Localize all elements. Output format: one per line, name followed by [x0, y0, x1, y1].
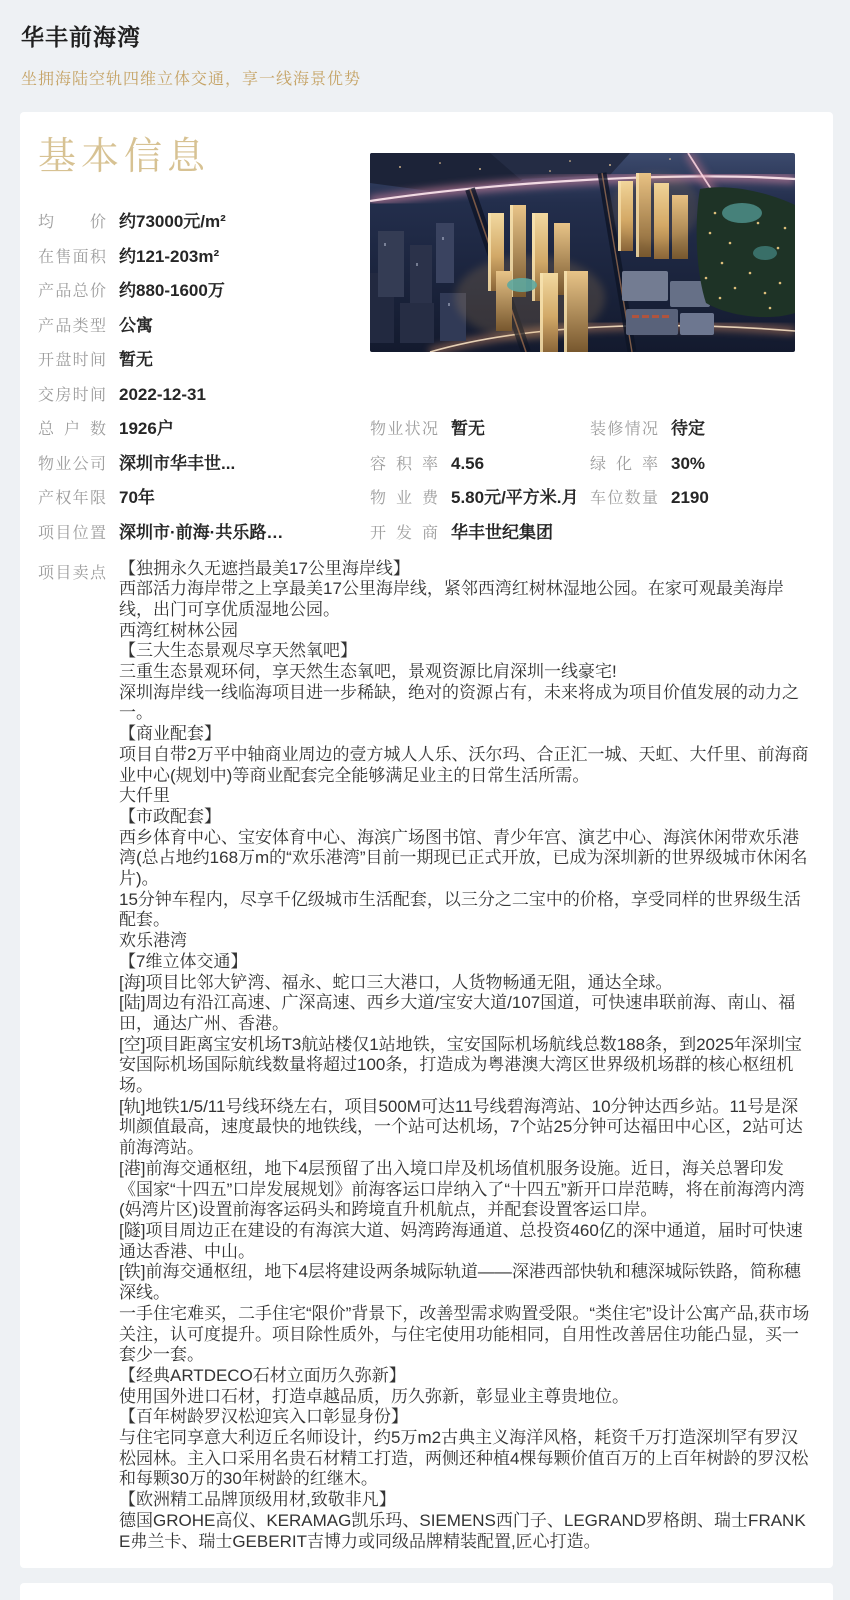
field-row: 产权年限 70年: [38, 487, 155, 510]
grid-cell: 车位数量 2190: [590, 487, 815, 510]
selling-point-paragraph: [港]前海交通枢纽，地下4层预留了出入境口岸及机场值机服务设施。近日，海关总署印…: [119, 1159, 815, 1221]
field-value: 2190: [671, 487, 709, 509]
next-section-card: [20, 1583, 833, 1600]
field-value: 待定: [671, 418, 705, 440]
field-label: 产品类型: [38, 316, 106, 338]
field-row: 物业状况 暂无: [370, 418, 485, 441]
field-row: 开发商 华丰世纪集团: [370, 522, 553, 545]
selling-point-paragraph: [隧]项目周边正在建设的有海滨大道、妈湾跨海通道、总投资460亿的深中通道，届时…: [119, 1221, 815, 1262]
field-row: 交房时间 2022-12-31: [38, 384, 368, 407]
selling-point-paragraph: 【欧洲精工品牌顶级用材,致敬非凡】: [119, 1490, 815, 1511]
selling-point-paragraph: [空]项目距离宝安机场T3航站楼仅1站地铁，宝安国际机场航线总数188条，到20…: [119, 1035, 815, 1097]
selling-point-paragraph: 【经典ARTDECO石材立面历久弥新】: [119, 1366, 815, 1387]
field-value: 1926户: [119, 418, 174, 440]
selling-point-paragraph: 与住宅同享意大利迈丘名师设计，约5万m2古典主义海洋风格，耗资千万打造深圳罕有罗…: [119, 1428, 815, 1490]
field-row: 容积率 4.56: [370, 453, 484, 476]
field-label: 产品总价: [38, 281, 106, 303]
selling-point-paragraph: 【独拥永久无遮挡最美17公里海岸线】: [119, 559, 815, 580]
selling-point-paragraph: 大仟里: [119, 786, 815, 807]
selling-point-paragraph: 西湾红树林公园: [119, 621, 815, 642]
selling-point-paragraph: 欢乐港湾: [119, 931, 815, 952]
grid-row: 产权年限 70年 物业费 5.80元/平方米.月 车位数量 2190: [38, 487, 815, 510]
field-row: 均价 约73000元/m²: [38, 211, 368, 234]
selling-point-paragraph: [铁]前海交通枢纽，地下4层将建设两条城际轨道——深港西部快轨和穗深城际铁路，简…: [119, 1262, 815, 1303]
grid-row: 物业公司 深圳市华丰世... 容积率 4.56 绿化率 30%: [38, 453, 815, 476]
field-value: 深圳市华丰世...: [119, 453, 235, 475]
field-value: 约73000元/m²: [119, 211, 226, 233]
selling-point-paragraph: 【7维立体交通】: [119, 952, 815, 973]
grid-cell: 总户数 1926户: [38, 418, 370, 441]
field-label: 产权年限: [38, 488, 106, 510]
field-row: 项目位置 深圳市·前海·共乐路…: [38, 522, 283, 545]
field-value: 深圳市·前海·共乐路…: [119, 522, 283, 544]
grid-cell: 容积率 4.56: [370, 453, 590, 476]
property-night-render-graphic: [370, 153, 795, 352]
field-row: 总户数 1926户: [38, 418, 174, 441]
field-value: 70年: [119, 487, 155, 509]
field-label: 开发商: [370, 523, 438, 545]
grid-cell: 产权年限 70年: [38, 487, 370, 510]
selling-point-paragraph: 一手住宅难买，二手住宅“限价”背景下，改善型需求购置受限。“类住宅”设计公寓产品…: [119, 1304, 815, 1366]
page-header: 华丰前海湾 坐拥海陆空轨四维立体交通，享一线海景优势: [21, 24, 821, 90]
grid-cell: 绿化率 30%: [590, 453, 815, 476]
field-row: 物业公司 深圳市华丰世...: [38, 453, 235, 476]
selling-point-paragraph: [陆]周边有沿江高速、广深高速、西乡大道/宝安大道/107国道，可快速串联前海、…: [119, 993, 815, 1034]
grid-cell: [590, 522, 815, 545]
field-label: 物业费: [370, 488, 438, 510]
field-label: 在售面积: [38, 247, 106, 269]
field-value: 5.80元/平方米.月: [451, 487, 579, 509]
selling-point-paragraph: [轨]地铁1/5/11号线环绕左右，项目500M可达11号线碧海湾站、10分钟达…: [119, 1097, 815, 1159]
field-row: 物业费 5.80元/平方米.月: [370, 487, 579, 510]
grid-cell: 物业公司 深圳市华丰世...: [38, 453, 370, 476]
field-value: 暂无: [119, 349, 153, 371]
field-label: 均价: [38, 212, 106, 234]
field-label: 车位数量: [590, 488, 658, 510]
selling-point-paragraph: 【百年树龄罗汉松迎宾入口彰显身份】: [119, 1407, 815, 1428]
selling-point-paragraph: [海]项目比邻大铲湾、福永、蛇口三大港口，人货物畅通无阻，通达全球。: [119, 973, 815, 994]
grid-cell: 项目位置 深圳市·前海·共乐路…: [38, 522, 370, 545]
grid-cell: 装修情况 待定: [590, 418, 815, 441]
field-value: 暂无: [451, 418, 485, 440]
field-value: 华丰世纪集团: [451, 522, 553, 544]
field-value: 约121-203m²: [119, 246, 219, 268]
selling-point-paragraph: 三重生态景观环伺，享天然生态氧吧，景观资源比肩深圳一线豪宅!: [119, 662, 815, 683]
field-label: 项目位置: [38, 523, 106, 545]
selling-point-paragraph: 15分钟车程内，尽享千亿级城市生活配套，以三分之二宝中的价格，享受同样的世界级生…: [119, 890, 815, 931]
grid-row: 项目位置 深圳市·前海·共乐路… 开发商 华丰世纪集团: [38, 522, 815, 545]
field-label: 物业状况: [370, 419, 438, 441]
field-value: 30%: [671, 453, 705, 475]
selling-point-paragraph: 西乡体育中心、宝安体育中心、海滨广场图书馆、青少年宫、演艺中心、海滨休闲带欢乐港…: [119, 828, 815, 890]
grid-cell: 物业费 5.80元/平方米.月: [370, 487, 590, 510]
selling-points-row: 项目卖点 【独拥永久无遮挡最美17公里海岸线】西部活力海岸带之上享最美17公里海…: [38, 559, 815, 1553]
field-label: 总户数: [38, 419, 106, 441]
field-row: 车位数量 2190: [590, 487, 709, 510]
field-label: 交房时间: [38, 385, 106, 407]
selling-point-paragraph: 深圳海岸线一线临海项目进一步稀缺，绝对的资源占有，未来将成为项目价值发展的动力之…: [119, 683, 815, 724]
field-value: 公寓: [119, 315, 153, 337]
selling-point-paragraph: 项目自带2万平中轴商业周边的壹方城人人乐、沃尔玛、合正汇一城、天虹、大仟里、前海…: [119, 745, 815, 786]
selling-point-paragraph: 德国GROHE高仪、KERAMAG凯乐玛、SIEMENS西门子、LEGRAND罗…: [119, 1511, 815, 1552]
selling-points-text: 【独拥永久无遮挡最美17公里海岸线】西部活力海岸带之上享最美17公里海岸线，紧邻…: [119, 559, 815, 1553]
field-label: 绿化率: [590, 454, 658, 476]
field-row: 绿化率 30%: [590, 453, 705, 476]
selling-point-paragraph: 使用国外进口石材，打造卓越品质，历久弥新，彰显业主尊贵地位。: [119, 1387, 815, 1408]
page-subtitle: 坐拥海陆空轨四维立体交通，享一线海景优势: [21, 70, 821, 90]
field-row: 产品总价 约880-1600万: [38, 280, 368, 303]
property-aerial-image[interactable]: [370, 153, 795, 352]
field-label: 开盘时间: [38, 350, 106, 372]
field-row: 开盘时间 暂无: [38, 349, 368, 372]
selling-point-paragraph: 【商业配套】: [119, 724, 815, 745]
field-label: 装修情况: [590, 419, 658, 441]
basic-info-grid: 总户数 1926户 物业状况 暂无 装修情况 待定 物业公司 深圳市华丰世...…: [38, 418, 815, 545]
page-title: 华丰前海湾: [21, 24, 821, 50]
field-value: 2022-12-31: [119, 384, 206, 406]
field-row: 在售面积 约121-203m²: [38, 246, 368, 269]
field-value: 4.56: [451, 453, 484, 475]
grid-row: 总户数 1926户 物业状况 暂无 装修情况 待定: [38, 418, 815, 441]
grid-cell: 物业状况 暂无: [370, 418, 590, 441]
selling-point-paragraph: 【市政配套】: [119, 807, 815, 828]
field-row: 产品类型 公寓: [38, 315, 368, 338]
field-label: 容积率: [370, 454, 438, 476]
field-row: 装修情况 待定: [590, 418, 705, 441]
selling-point-paragraph: 【三大生态景观尽享天然氧吧】: [119, 641, 815, 662]
field-value: 约880-1600万: [119, 280, 225, 302]
field-label: 物业公司: [38, 454, 106, 476]
selling-point-paragraph: 西部活力海岸带之上享最美17公里海岸线，紧邻西湾红树林湿地公园。在家可观最美海岸…: [119, 579, 815, 620]
grid-cell: 开发商 华丰世纪集团: [370, 522, 590, 545]
selling-points-label: 项目卖点: [38, 560, 106, 1553]
basic-info-card: 基本信息: [20, 112, 833, 1568]
